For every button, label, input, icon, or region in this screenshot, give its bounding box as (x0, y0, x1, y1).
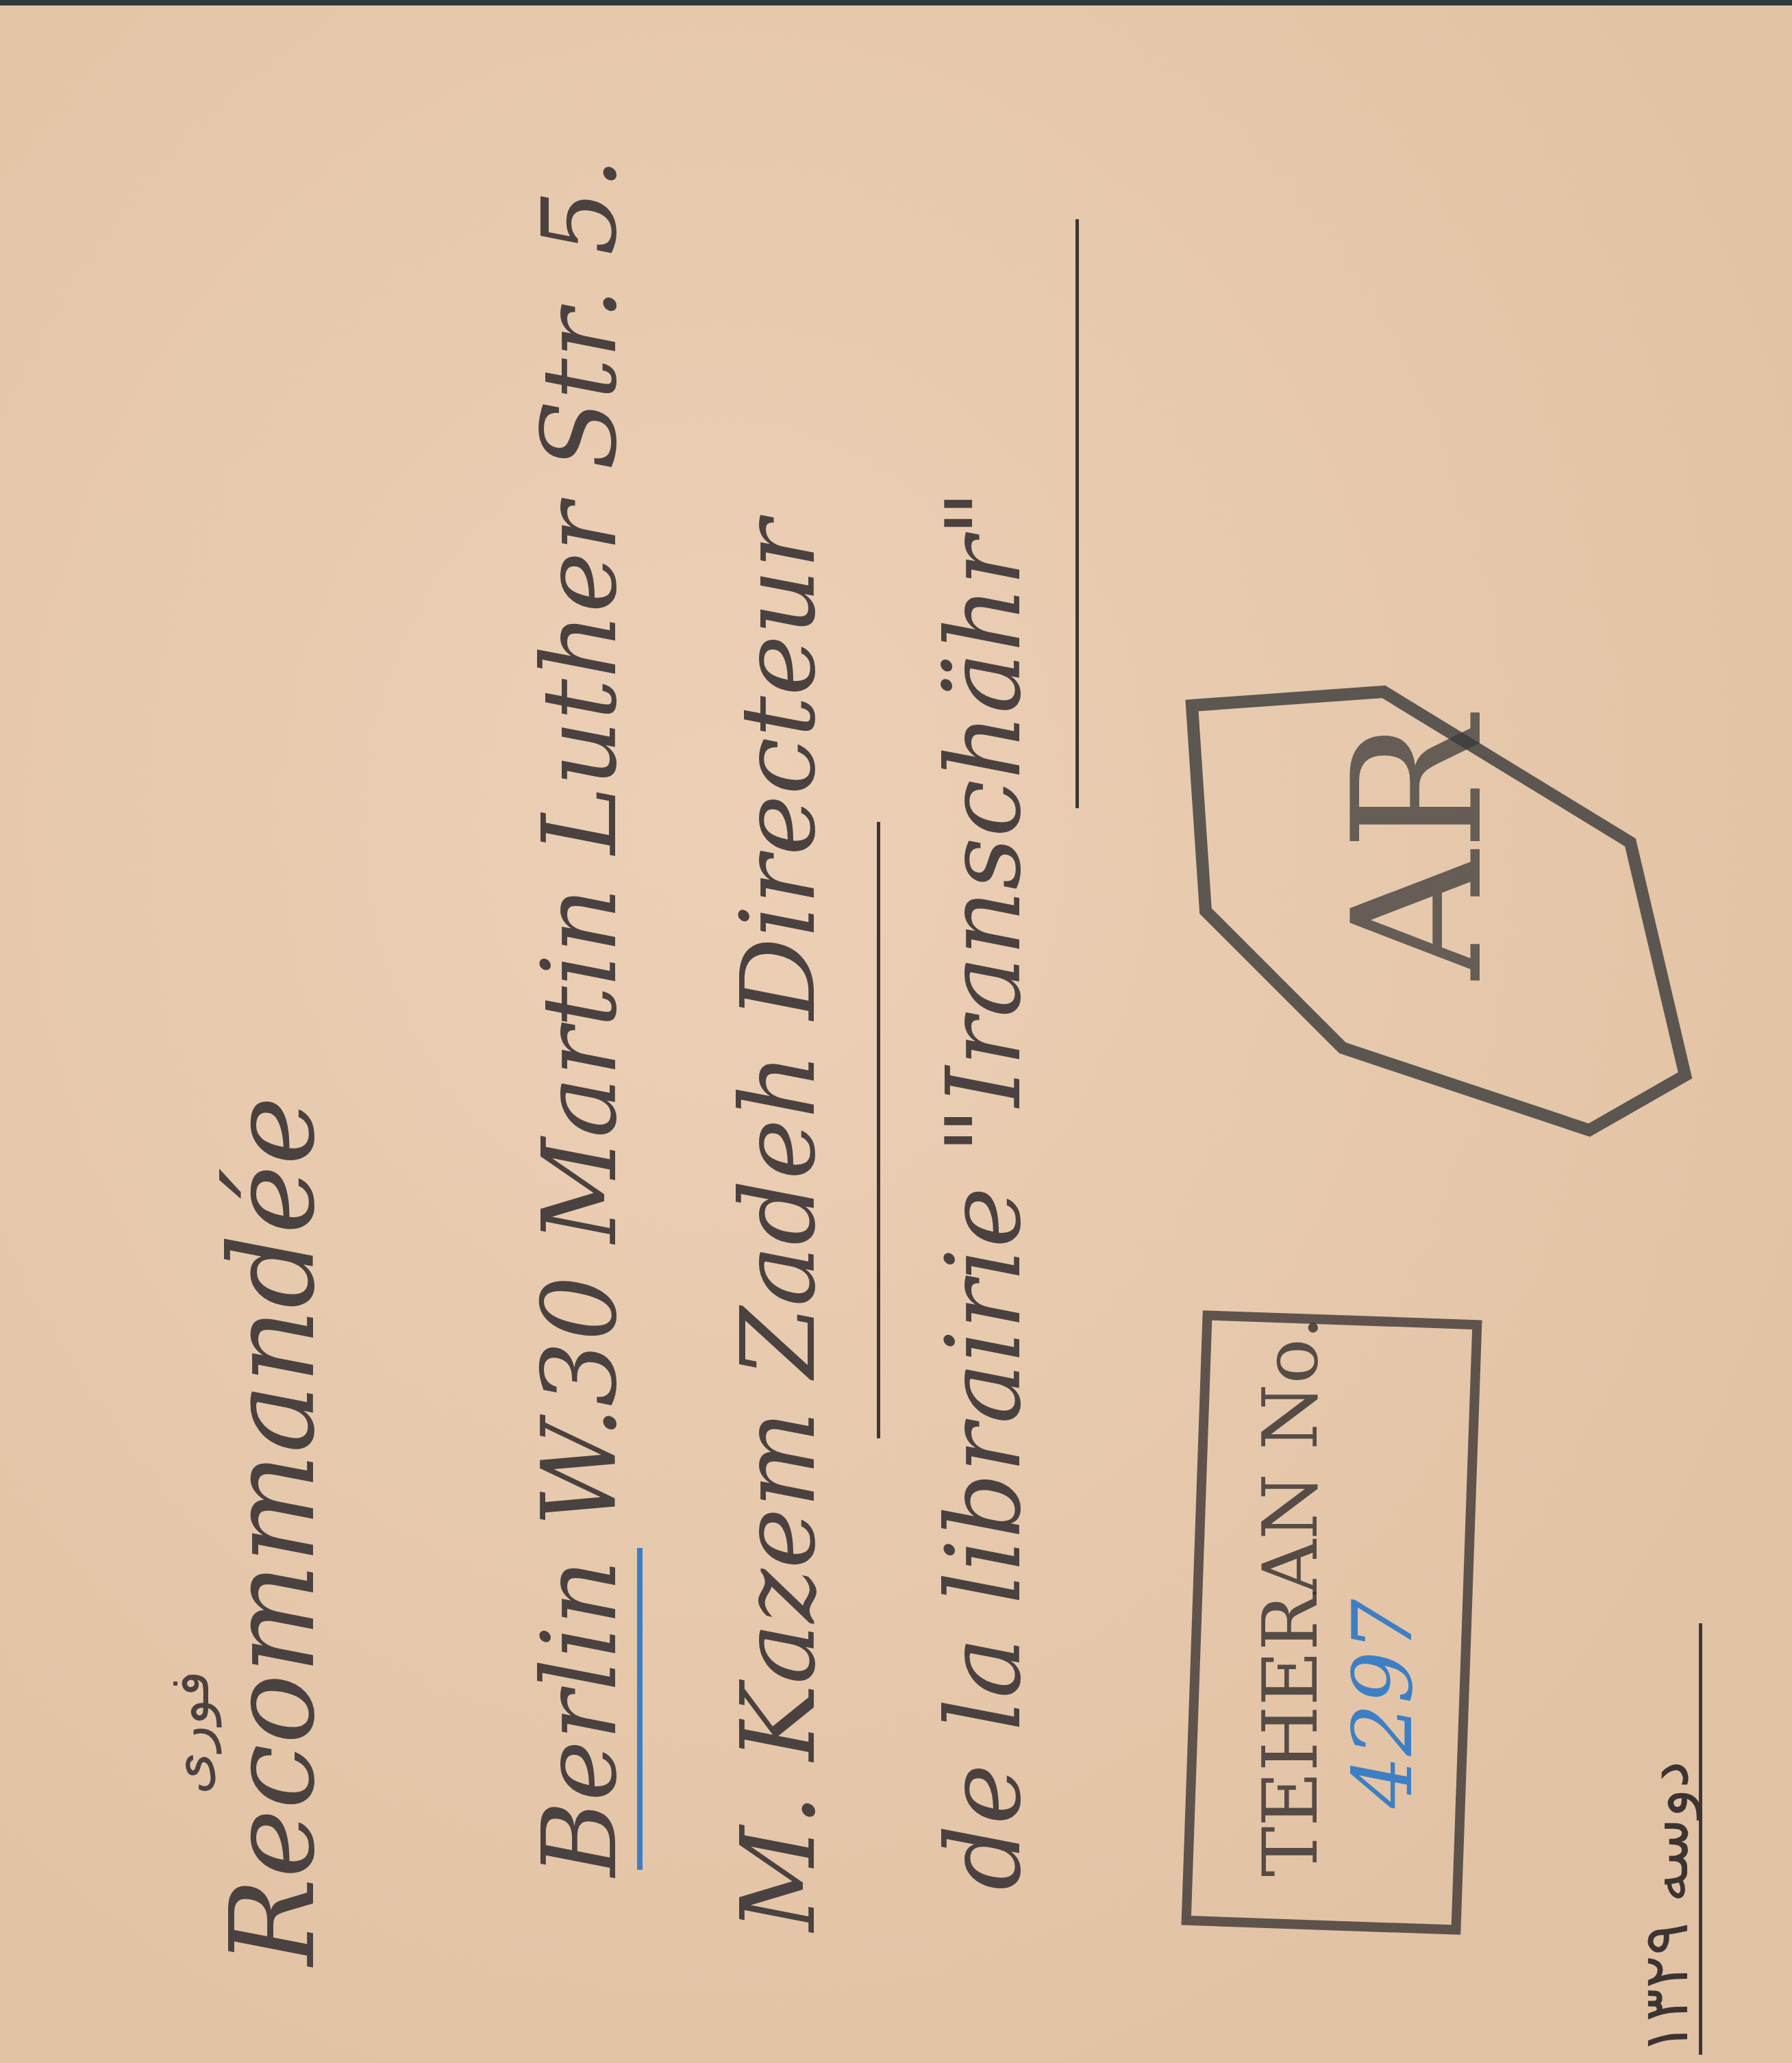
address-line-recommandee: Recommandée (206, 1097, 341, 1966)
address-line-recipient: M. Kazem Zadeh Directeur (719, 520, 838, 1931)
corner-persian-text: ۱۳۲۹ دوسه (1630, 1761, 1702, 2055)
ar-hexagon-stamp: AR (1165, 678, 1726, 1144)
registration-stamp-text: TEHERAN No. (1247, 1316, 1334, 1877)
underline-kazem (877, 822, 880, 1438)
address-line-street: Berlin W.30 Martin Luther Str. 5. (521, 158, 640, 1877)
blue-underline (637, 1548, 643, 1870)
hexagon-stamp-text: AR (1315, 712, 1522, 982)
registration-number: 4297 (1336, 1599, 1431, 1808)
underline-iranschahr (1075, 219, 1079, 808)
address-line-library: de la librairie "Iranschähr" (925, 490, 1044, 1890)
scan-edge (0, 0, 1792, 5)
